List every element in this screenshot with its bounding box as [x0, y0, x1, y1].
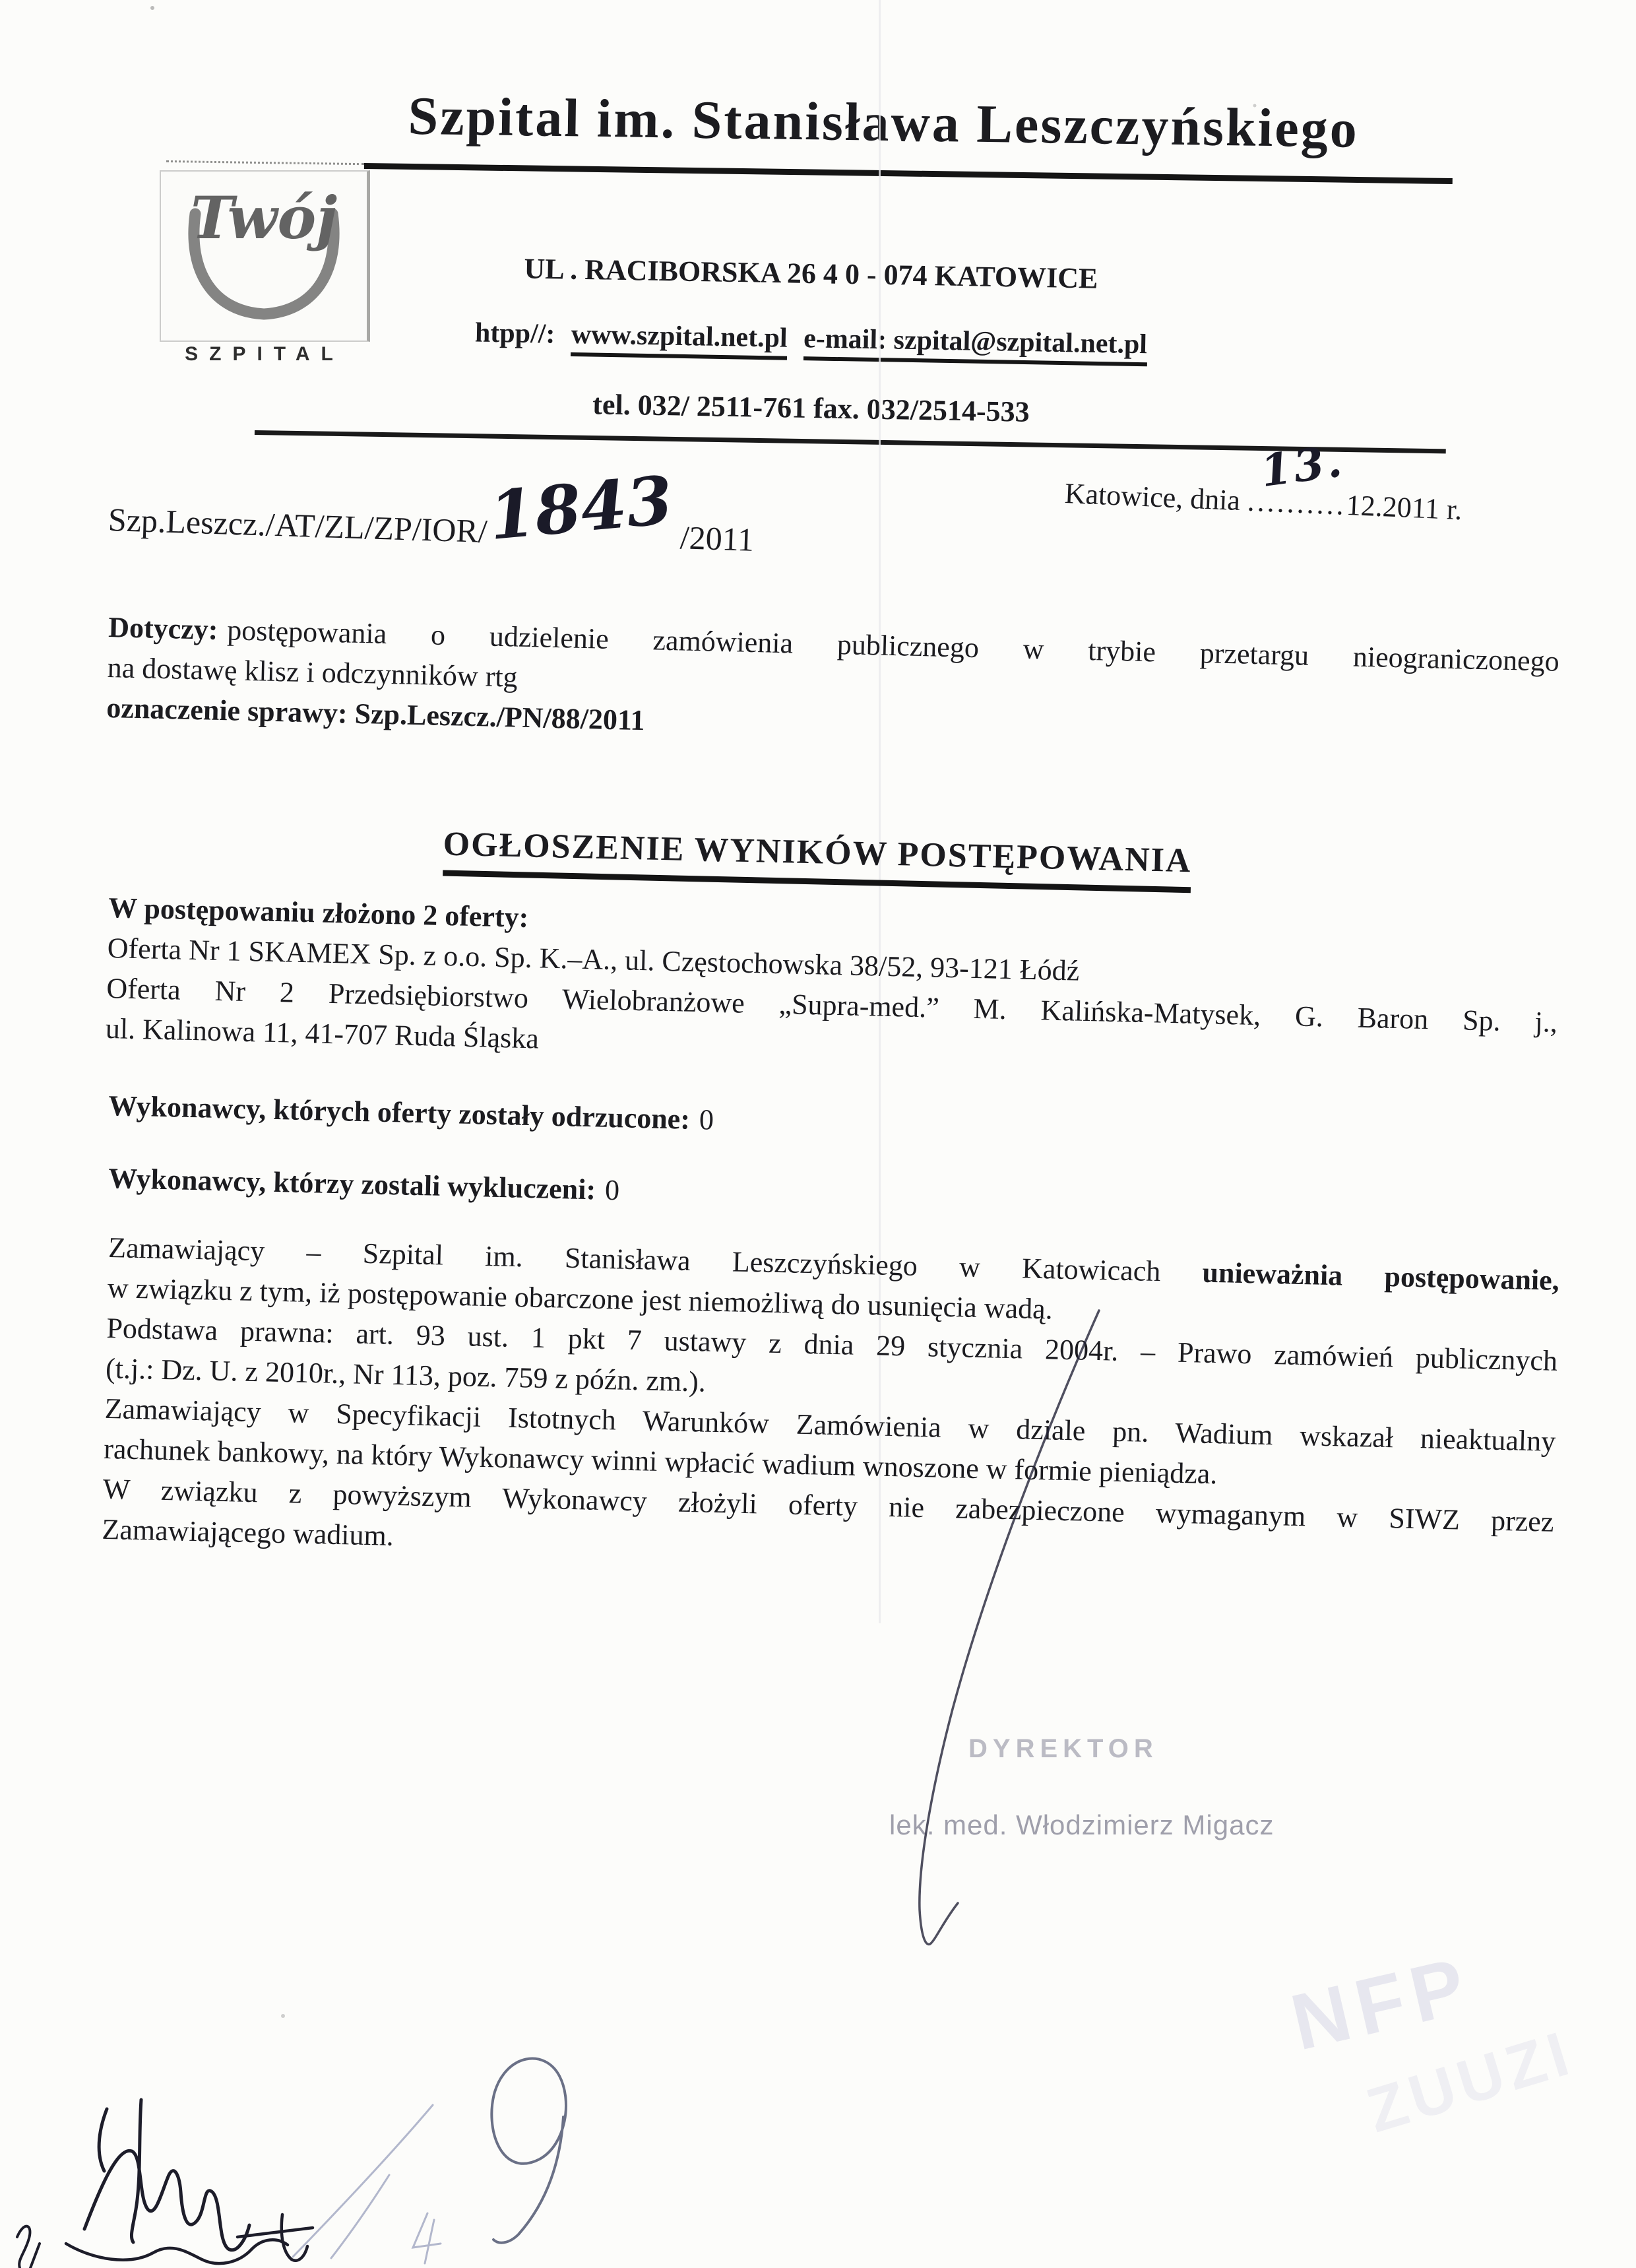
handwritten-case-number: 1843 [489, 500, 672, 516]
annulment-phrase: unieważnia postępowanie, [1202, 1256, 1559, 1297]
logo-caption: SZPITAL [156, 343, 373, 366]
rejected-label: Wykonawcy, których oferty zostały odrzuc… [108, 1089, 691, 1136]
web-prefix: htpp//: [475, 317, 555, 349]
excluded-label: Wykonawcy, którzy zostali wykluczeni: [108, 1162, 596, 1206]
announcement-heading: OGŁOSZENIE WYNIKÓW POSTĘPOWANIA [108, 817, 1526, 901]
email-address: e-mail: szpital@szpital.net.pl [803, 323, 1148, 366]
title-underline-tail [166, 160, 364, 165]
director-stamp-role: DYREKTOR [968, 1734, 1158, 1764]
decision-paragraph: Zamawiający – Szpital im. Stanisława Les… [102, 1227, 1560, 1582]
web-email-line: htpp//: www.szpital.net.pl e-mail: szpit… [382, 315, 1240, 362]
bottom-left-scribble [17, 2100, 313, 2268]
place-date-line: Katowice, dnia 13. .......... 12.2011 r. [1064, 476, 1463, 527]
excluded-contractors-line: Wykonawcy, którzy zostali wykluczeni:0 [108, 1158, 1560, 1233]
handwritten-day: 13. [1258, 435, 1348, 497]
address-line: UL . RACIBORSKA 26 4 0 - 074 KATOWICE [395, 249, 1227, 298]
date-dotted-blank: 13. .......... [1247, 484, 1347, 522]
loop-flourish [491, 2059, 566, 2243]
phone-fax-line: tel. 032/ 2511-761 fax. 032/2514-533 [395, 384, 1227, 432]
director-stamp-name: lek. med. Włodzimierz Migacz [889, 1809, 1274, 1841]
website-url: www.szpital.net.pl [571, 319, 788, 360]
excluded-count: 0 [604, 1174, 619, 1207]
date-suffix: 12.2011 r. [1346, 489, 1463, 526]
title-underline [364, 163, 1453, 184]
hospital-logo: Twój [160, 170, 370, 342]
date-prefix: Katowice, dnia [1064, 477, 1241, 517]
subject-label: Dotyczy: [108, 611, 218, 646]
hospital-title: Szpital im. Stanisława Leszczyńskiego [276, 83, 1491, 162]
reference-prefix: Szp.Leszcz./AT/ZL/ZP/IOR/ [108, 501, 488, 550]
logo-wordmark: Twój [161, 183, 367, 252]
faint-pen-strokes [293, 2105, 441, 2263]
subject-block: Dotyczy:postępowania o udzielenie zamówi… [106, 607, 1560, 762]
reference-number: Szp.Leszcz./AT/ZL/ZP/IOR/1843/2011 [108, 500, 755, 559]
rejected-count: 0 [699, 1103, 714, 1136]
reference-suffix: /2011 [679, 519, 755, 558]
offers-block: W postępowaniu złożono 2 oferty: Oferta … [105, 888, 1559, 1083]
rejected-offers-line: Wykonawcy, których oferty zostały odrzuc… [108, 1085, 1560, 1160]
showthrough-mark-1: NFP [1283, 1939, 1481, 2069]
